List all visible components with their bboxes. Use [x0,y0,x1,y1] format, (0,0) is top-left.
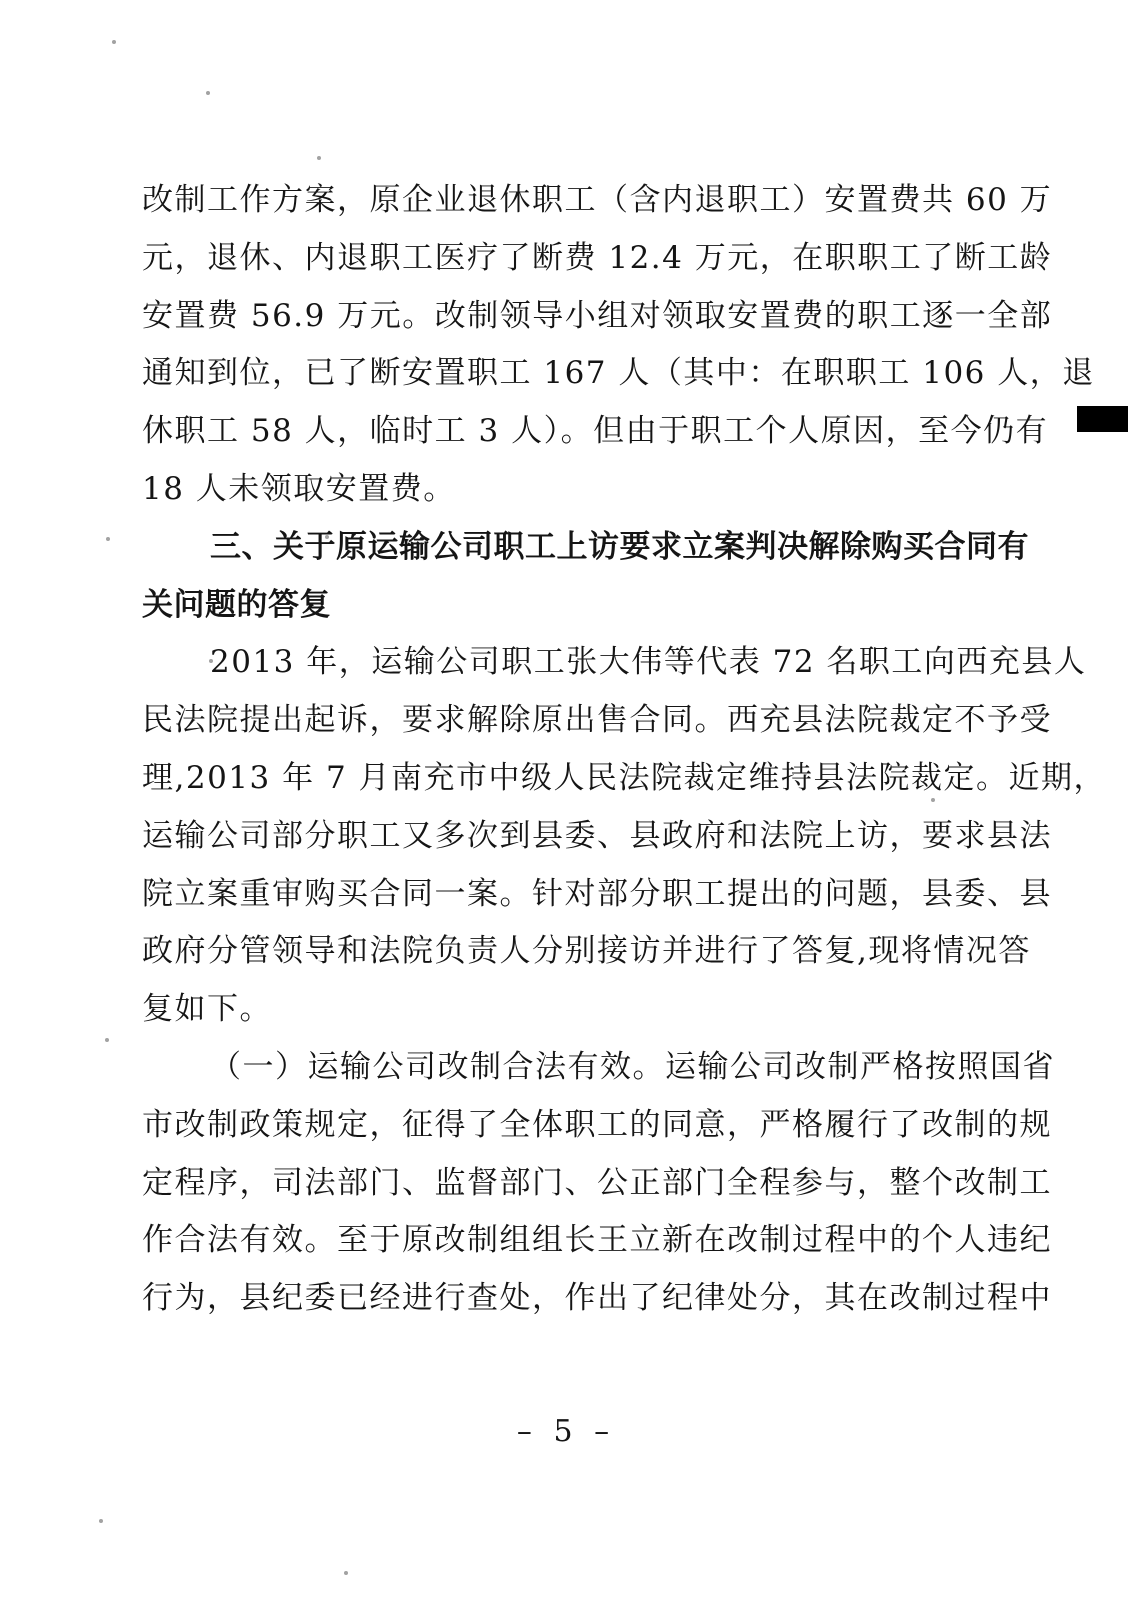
text-line: 市改制政策规定，征得了全体职工的同意，严格履行了改制的规 [142,1097,990,1155]
text-line: 理,2013 年 7 月南充市中级人民法院裁定维持县法院裁定。近期， [142,750,990,808]
text-line: 复如下。 [142,981,990,1039]
scan-speck [317,156,321,160]
text-line: 政府分管领导和法院负责人分别接访并进行了答复,现将情况答 [142,923,990,981]
text-line: 18 人未领取安置费。 [142,461,990,519]
text-line: 安置费 56.9 万元。改制领导小组对领取安置费的职工逐一全部 [142,288,990,346]
text-line: 行为，县纪委已经进行查处，作出了纪律处分，其在改制过程中 [142,1270,990,1328]
scan-artifact-mark [1077,406,1128,432]
document-page: 改制工作方案，原企业退休职工（含内退职工）安置费共 60 万 元，退休、内退职工… [0,0,1128,1600]
text-line: 民法院提出起诉，要求解除原出售合同。西充县法院裁定不予受 [142,692,990,750]
scan-speck [931,798,935,802]
text-line: 2013 年，运输公司职工张大伟等代表 72 名职工向西充县人 [142,634,990,692]
scan-speck [105,1038,109,1042]
scan-speck [112,40,116,44]
text-line: 定程序，司法部门、监督部门、公正部门全程参与，整个改制工 [142,1155,990,1213]
text-line: 改制工作方案，原企业退休职工（含内退职工）安置费共 60 万 [142,172,990,230]
section-heading-line: 关问题的答复 [142,577,990,635]
text-line: 运输公司部分职工又多次到县委、县政府和法院上访，要求县法 [142,808,990,866]
scan-speck [99,1519,103,1523]
text-line: 元，退休、内退职工医疗了断费 12.4 万元，在职职工了断工龄 [142,230,990,288]
text-line: 作合法有效。至于原改制组组长王立新在改制过程中的个人违纪 [142,1212,990,1270]
section-heading-line: 三、关于原运输公司职工上访要求立案判决解除购买合同有 [142,519,990,577]
text-line: 院立案重审购买合同一案。针对部分职工提出的问题，县委、县 [142,866,990,924]
scan-speck [344,1571,348,1575]
text-line: 休职工 58 人，临时工 3 人）。但由于职工个人原因，至今仍有 [142,403,990,461]
document-body: 改制工作方案，原企业退休职工（含内退职工）安置费共 60 万 元，退休、内退职工… [142,172,990,1328]
text-line: （一）运输公司改制合法有效。运输公司改制严格按照国省 [142,1039,990,1097]
page-number: – 5 – [142,1414,990,1449]
scan-speck [206,91,210,95]
scan-speck [209,659,213,663]
scan-speck [325,535,329,539]
scan-speck [106,537,110,541]
text-line: 通知到位，已了断安置职工 167 人（其中：在职职工 106 人，退 [142,345,990,403]
